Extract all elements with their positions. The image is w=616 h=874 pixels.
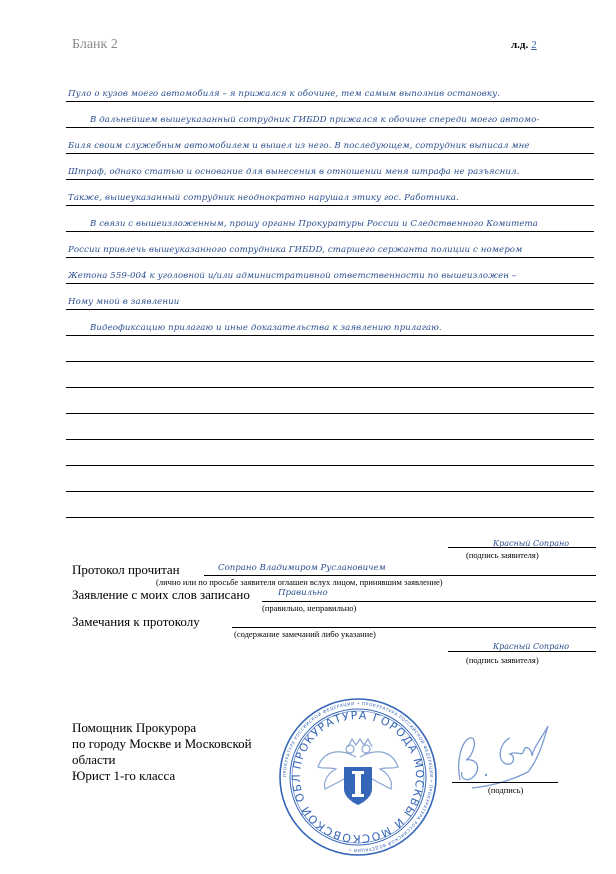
handwritten-text: Биля своим служебным автомобилем и вышел… — [68, 141, 530, 151]
statement-recorded-value: Правильно — [278, 588, 328, 598]
handwritten-text: В связи с вышеизложенным, прошу органы П… — [90, 219, 538, 229]
ruled-line — [66, 336, 594, 362]
ruled-line: Ному мной в заявлении — [66, 284, 594, 310]
ruled-line: Жетона 559-004 к уголовной и/или админис… — [66, 258, 594, 284]
handwritten-text: В дальнейшем вышеуказанный сотрудник ГИБ… — [90, 115, 539, 125]
seal-icon: ПРОКУРАТУРА РОССИЙСКОЙ ФЕДЕРАЦИИ • ПРОКУ… — [278, 697, 438, 857]
ruled-line: В связи с вышеизложенным, прошу органы П… — [66, 206, 594, 232]
ruled-line — [66, 388, 594, 414]
page-number: 2 — [531, 39, 537, 51]
remarks-label: Замечания к протоколу — [72, 614, 200, 630]
signature-icon — [452, 720, 562, 790]
ruled-line: Биля своим служебным автомобилем и вышел… — [66, 128, 594, 154]
ruled-line — [66, 466, 594, 492]
official-position: Помощник Прокурора по городу Москве и Мо… — [72, 720, 252, 784]
handwritten-text: Штраф, однако статью и основание для вын… — [68, 167, 519, 177]
protocol-read-label: Протокол прочитан — [72, 562, 180, 578]
statement-recorded-label: Заявление с моих слов записано — [72, 587, 250, 603]
signature-caption-2: (подпись заявителя) — [466, 655, 539, 665]
ruled-line: В дальнейшем вышеуказанный сотрудник ГИБ… — [66, 102, 594, 128]
official-position-line-3: области — [72, 752, 252, 768]
official-position-line-2: по городу Москве и Московской — [72, 736, 252, 752]
remarks-line — [232, 627, 596, 628]
ruled-line — [66, 440, 594, 466]
signature-line-2 — [448, 651, 596, 652]
ruled-line — [66, 414, 594, 440]
page-label: л.д. — [511, 39, 528, 51]
ruled-line: России привлечь вышеуказанного сотрудник… — [66, 232, 594, 258]
ruled-line: Также, вышеуказанный сотрудник неоднокра… — [66, 180, 594, 206]
statement-recorded-caption: (правильно, неправильно) — [262, 603, 356, 613]
ruled-line: Штраф, однако статью и основание для вын… — [66, 154, 594, 180]
statement-recorded-line — [262, 601, 596, 602]
applicant-signature-2: Красный Сопрано — [493, 642, 569, 651]
handwritten-text: Ному мной в заявлении — [68, 297, 179, 307]
handwritten-text: Видеофиксацию прилагаю и иные доказатель… — [90, 323, 442, 333]
official-signature-line — [452, 782, 558, 783]
official-signature-caption: (подпись) — [488, 785, 523, 795]
ruled-line — [66, 362, 594, 388]
handwritten-text: Также, вышеуказанный сотрудник неоднокра… — [68, 193, 459, 203]
ruled-line — [66, 492, 594, 518]
official-position-line-1: Помощник Прокурора — [72, 720, 252, 736]
handwritten-text: Пуло о кузов моего автомобиля – я прижал… — [68, 89, 500, 99]
prosecutor-office-seal: ПРОКУРАТУРА РОССИЙСКОЙ ФЕДЕРАЦИИ • ПРОКУ… — [278, 697, 438, 857]
signature-caption-1: (подпись заявителя) — [466, 550, 539, 560]
handwritten-text: России привлечь вышеуказанного сотрудник… — [68, 245, 522, 255]
protocol-read-caption: (лично или по просьбе заявителя оглашен … — [156, 577, 443, 587]
page-number-block: л.д.2 — [511, 39, 537, 51]
ruled-line: Пуло о кузов моего автомобиля – я прижал… — [66, 76, 594, 102]
signature-line-1 — [448, 547, 596, 548]
handwritten-text: Жетона 559-004 к уголовной и/или админис… — [68, 271, 516, 281]
protocol-read-line — [204, 575, 596, 576]
official-signature: В. Сопр — [452, 720, 562, 780]
ruled-line: Видеофиксацию прилагаю и иные доказатель… — [66, 310, 594, 336]
form-title: Бланк 2 — [72, 37, 118, 53]
protocol-read-value: Сопрано Владимиром Руслановичем — [218, 563, 386, 573]
remarks-caption: (содержание замечаний либо указание) — [234, 629, 376, 639]
official-position-line-4: Юрист 1-го класса — [72, 768, 252, 784]
